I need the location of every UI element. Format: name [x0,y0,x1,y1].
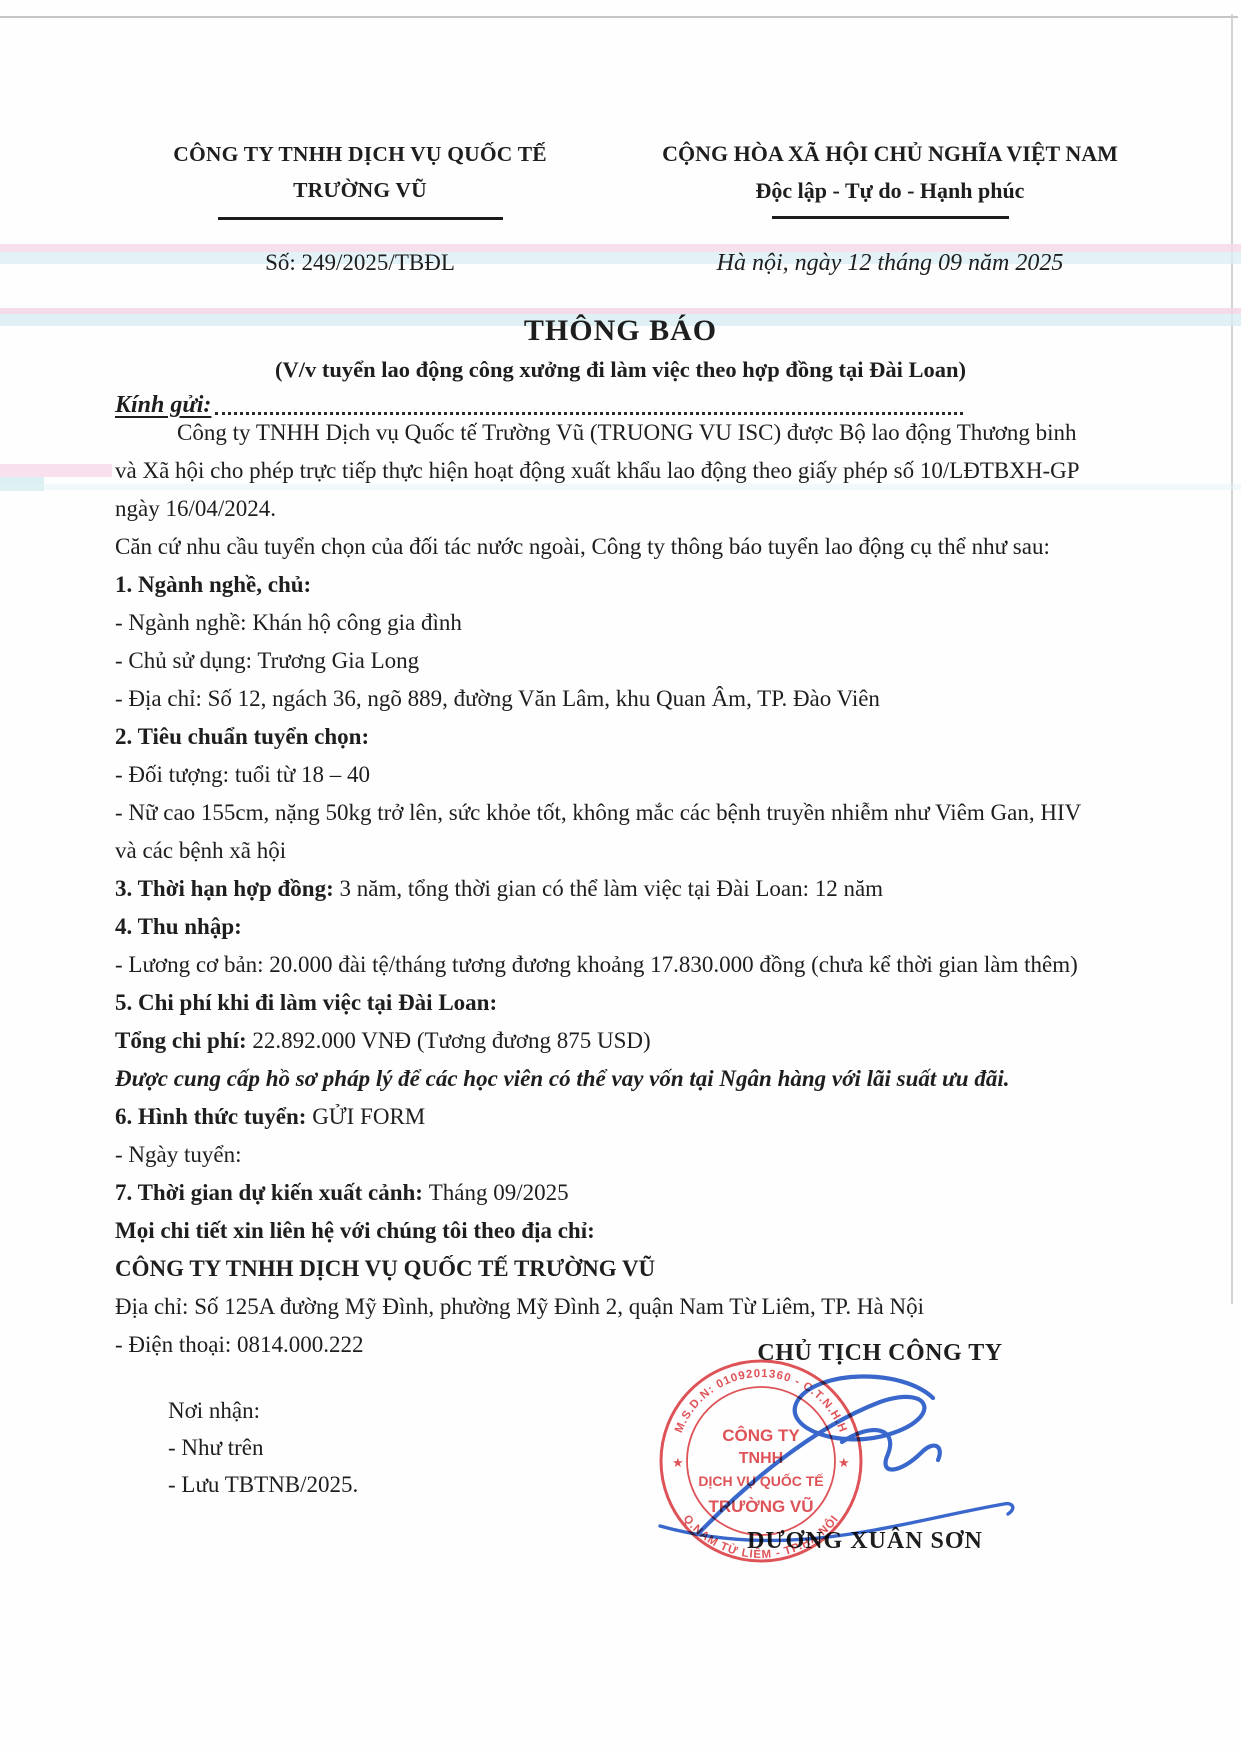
body-line: và Xã hội cho phép trực tiếp thực hiện h… [115,452,1175,490]
body-line: 1. Ngành nghề, chủ: [115,566,1175,604]
document-subtitle: (V/v tuyển lao động công xưởng đi làm vi… [0,357,1241,383]
body-line-text: Tháng 09/2025 [429,1180,569,1205]
body-line: Mọi chi tiết xin liên hệ với chúng tôi t… [115,1212,1175,1250]
body-line: ngày 16/04/2024. [115,490,1175,528]
body-line: - Nữ cao 155cm, nặng 50kg trở lên, sức k… [115,794,1175,832]
header-underline-right [772,216,1009,219]
body-line-text: 3 năm, tổng thời gian có thể làm việc tạ… [340,876,884,901]
signature-scribble [600,1358,1100,1568]
body-line-text: - Đối tượng: tuổi từ 18 – 40 [115,762,370,787]
body-line-text: 3. Thời hạn hợp đồng: [115,876,340,901]
body-line-text: 7. Thời gian dự kiến xuất cảnh: [115,1180,429,1205]
body-line: - Đối tượng: tuổi từ 18 – 40 [115,756,1175,794]
body-line-text: - Địa chỉ: Số 12, ngách 36, ngõ 889, đườ… [115,686,880,711]
company-name-line2: TRƯỜNG VŨ [95,172,625,208]
body-line-text: 4. Thu nhập: [115,914,242,939]
body-line: và các bệnh xã hội [115,832,1175,870]
body-line: 5. Chi phí khi đi làm việc tại Đài Loan: [115,984,1175,1022]
body-line: 6. Hình thức tuyển: GỬI FORM [115,1098,1175,1136]
body-line: - Ngày tuyển: [115,1136,1175,1174]
document-date: Hà nội, ngày 12 tháng 09 năm 2025 [625,250,1155,277]
body-lines: Công ty TNHH Dịch vụ Quốc tế Trường Vũ (… [115,414,1175,1364]
document-title: THÔNG BÁO [0,314,1241,348]
body-line: - Chủ sử dụng: Trương Gia Long [115,642,1175,680]
body-line-text: Được cung cấp hồ sơ pháp lý để các học v… [115,1066,1009,1091]
body-line-text: và Xã hội cho phép trực tiếp thực hiện h… [115,458,1080,483]
body-line: - Lương cơ bản: 20.000 đài tệ/tháng tươn… [115,946,1175,984]
body-line-text: 22.892.000 VNĐ (Tương đương 875 USD) [252,1028,650,1053]
document-header: CÔNG TY TNHH DỊCH VỤ QUỐC TẾ TRƯỜNG VŨ C… [95,136,1155,220]
body-line-text: - Điện thoại: 0814.000.222 [115,1332,364,1357]
body-line-text: Địa chỉ: Số 125A đường Mỹ Đình, phường M… [115,1294,924,1319]
body-line: 2. Tiêu chuẩn tuyển chọn: [115,718,1175,756]
body-line-text: 5. Chi phí khi đi làm việc tại Đài Loan: [115,990,497,1015]
header-underline-left [218,217,503,220]
body-line-text: 2. Tiêu chuẩn tuyển chọn: [115,724,369,749]
body-line: 3. Thời hạn hợp đồng: 3 năm, tổng thời g… [115,870,1175,908]
document-number: Số: 249/2025/TBĐL [95,250,625,277]
body-line-text: - Chủ sử dụng: Trương Gia Long [115,648,419,673]
body-line-text: GỬI FORM [312,1104,425,1129]
body-line-text: - Nữ cao 155cm, nặng 50kg trở lên, sức k… [115,800,1081,825]
recipients-items: - Như trên- Lưu TBTNB/2025. [168,1429,358,1503]
body-line-text: Tổng chi phí: [115,1028,252,1053]
body-line-text: và các bệnh xã hội [115,838,286,863]
body-line: 4. Thu nhập: [115,908,1175,946]
body-line-text: 1. Ngành nghề, chủ: [115,572,311,597]
body-line-text: Công ty TNHH Dịch vụ Quốc tế Trường Vũ (… [177,420,1077,445]
body-line-text: CÔNG TY TNHH DỊCH VỤ QUỐC TẾ TRƯỜNG VŨ [115,1256,655,1281]
recipients-title: Nơi nhận: [168,1392,358,1429]
body-line: 7. Thời gian dự kiến xuất cảnh: Tháng 09… [115,1174,1175,1212]
body-line-text: ngày 16/04/2024. [115,496,276,521]
scanned-document-page: CÔNG TY TNHH DỊCH VỤ QUỐC TẾ TRƯỜNG VŨ C… [0,0,1241,1755]
header-company-block: CÔNG TY TNHH DỊCH VỤ QUỐC TẾ TRƯỜNG VŨ [95,136,625,220]
national-motto-line1: CỘNG HÒA XÃ HỘI CHỦ NGHĨA VIỆT NAM [625,136,1155,172]
company-name-line1: CÔNG TY TNHH DỊCH VỤ QUỐC TẾ [95,136,625,172]
recipients-block: Nơi nhận: - Như trên- Lưu TBTNB/2025. [168,1392,358,1503]
body-line-text: 6. Hình thức tuyển: [115,1104,312,1129]
national-motto-line2: Độc lập - Tự do - Hạnh phúc [625,172,1155,210]
recipient-item: - Lưu TBTNB/2025. [168,1466,358,1503]
body-line: Địa chỉ: Số 125A đường Mỹ Đình, phường M… [115,1288,1175,1326]
body-line-text: - Ngành nghề: Khán hộ công gia đình [115,610,462,635]
body-line-text: - Ngày tuyển: [115,1142,241,1167]
body-line-text: Mọi chi tiết xin liên hệ với chúng tôi t… [115,1218,595,1243]
body-line: Tổng chi phí: 22.892.000 VNĐ (Tương đươn… [115,1022,1175,1060]
body-line: - Ngành nghề: Khán hộ công gia đình [115,604,1175,642]
body-line-text: - Lương cơ bản: 20.000 đài tệ/tháng tươn… [115,952,1078,977]
body-line: CÔNG TY TNHH DỊCH VỤ QUỐC TẾ TRƯỜNG VŨ [115,1250,1175,1288]
recipient-item: - Như trên [168,1429,358,1466]
body-line: - Địa chỉ: Số 12, ngách 36, ngõ 889, đườ… [115,680,1175,718]
header-national-block: CỘNG HÒA XÃ HỘI CHỦ NGHĨA VIỆT NAM Độc l… [625,136,1155,220]
body-line: Được cung cấp hồ sơ pháp lý để các học v… [115,1060,1175,1098]
body-line-text: Căn cứ nhu cầu tuyển chọn của đối tác nư… [115,534,1050,559]
body-line: Căn cứ nhu cầu tuyển chọn của đối tác nư… [115,528,1175,566]
body-line: Công ty TNHH Dịch vụ Quốc tế Trường Vũ (… [115,414,1175,452]
number-date-row: Số: 249/2025/TBĐL Hà nội, ngày 12 tháng … [95,250,1155,277]
